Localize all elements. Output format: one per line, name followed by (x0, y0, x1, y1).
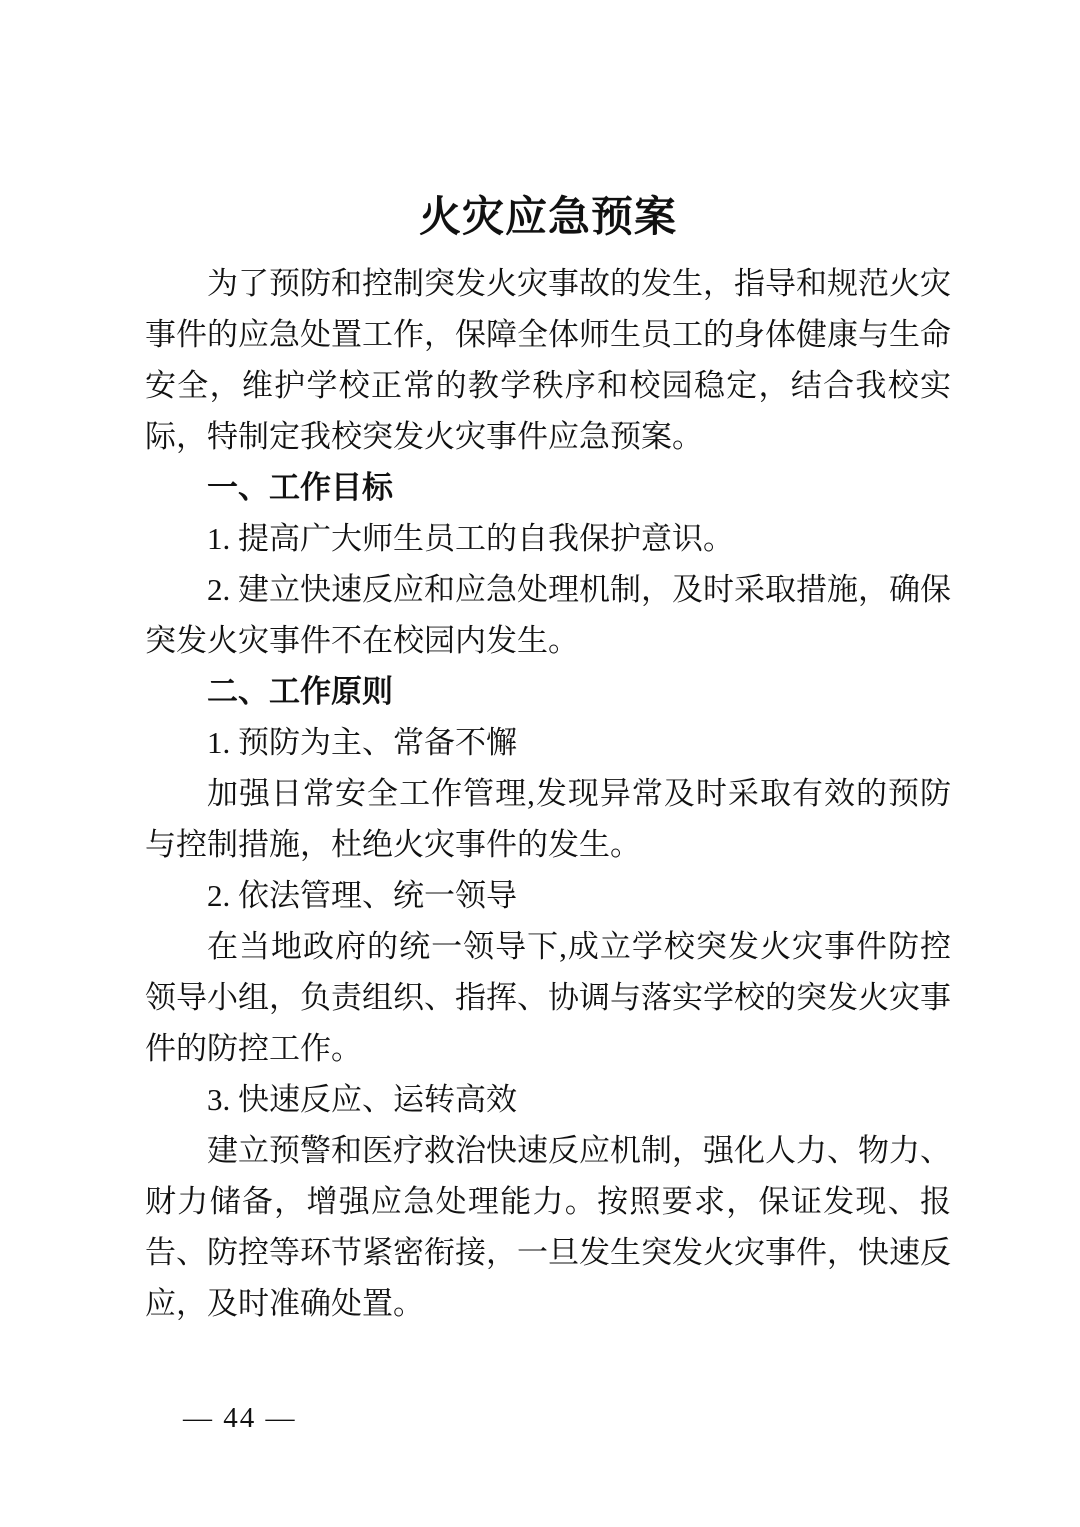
section-heading-work-objectives: 一、工作目标 (145, 462, 951, 513)
document-title: 火灾应急预案 (145, 192, 951, 244)
paragraph-principle-3-body: 建立预警和医疗救治快速反应机制，强化人力、物力、财力储备，增强应急处理能力。按照… (145, 1125, 951, 1329)
section-heading-work-principles: 二、工作原则 (145, 666, 951, 717)
paragraph-principle-1-body: 加强日常安全工作管理,发现异常及时采取有效的预防与控制措施，杜绝火灾事件的发生。 (145, 768, 951, 870)
paragraph-objective-2: 2. 建立快速反应和应急处理机制，及时采取措施，确保突发火灾事件不在校园内发生。 (145, 564, 951, 666)
document-body: 为了预防和控制突发火灾事故的发生，指导和规范火灾事件的应急处置工作，保障全体师生… (145, 258, 951, 1329)
paragraph-principle-2-title: 2. 依法管理、统一领导 (145, 870, 951, 921)
paragraph-principle-3-title: 3. 快速反应、运转高效 (145, 1074, 951, 1125)
page-number: — 44 — (183, 1401, 297, 1435)
document-page: 火灾应急预案 为了预防和控制突发火灾事故的发生，指导和规范火灾事件的应急处置工作… (0, 0, 1080, 1527)
paragraph-principle-2-body: 在当地政府的统一领导下,成立学校突发火灾事件防控领导小组，负责组织、指挥、协调与… (145, 921, 951, 1074)
paragraph-intro: 为了预防和控制突发火灾事故的发生，指导和规范火灾事件的应急处置工作，保障全体师生… (145, 258, 951, 462)
paragraph-objective-1: 1. 提高广大师生员工的自我保护意识。 (145, 513, 951, 564)
paragraph-principle-1-title: 1. 预防为主、常备不懈 (145, 717, 951, 768)
